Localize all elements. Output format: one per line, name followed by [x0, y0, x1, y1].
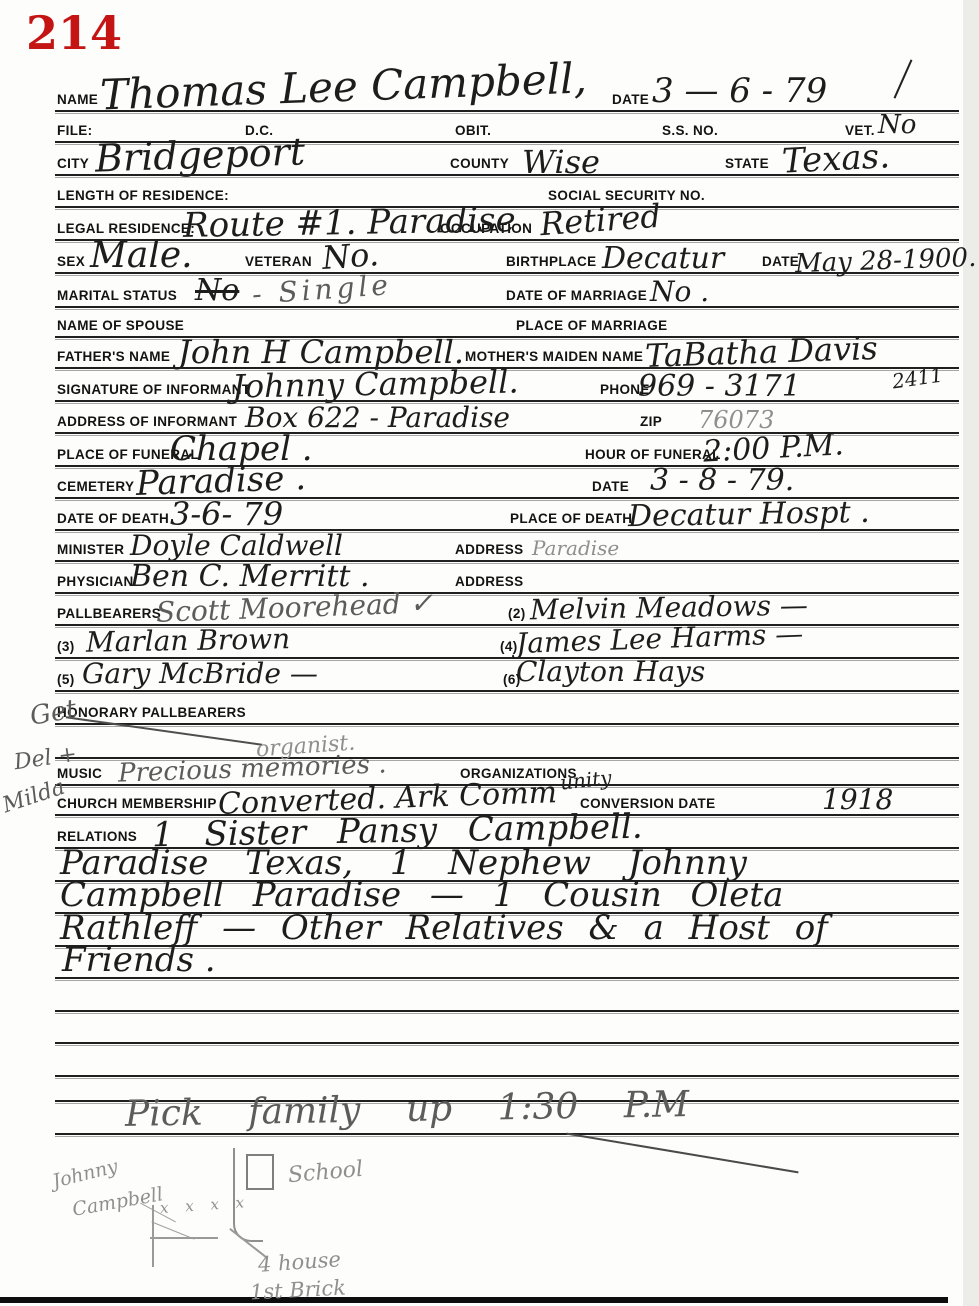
signature-of-informant-label: SIGNATURE OF INFORMANT	[57, 382, 250, 397]
marital-status-label: MARITAL STATUS	[57, 288, 177, 303]
physician-address-label: ADDRESS	[455, 574, 523, 589]
obit-label: OBIT.	[455, 123, 491, 138]
pallbearers-label: PALLBEARERS	[57, 606, 161, 621]
address-of-informant-label: ADDRESS OF INFORMANT	[57, 414, 237, 429]
sketch-horizontal-line	[150, 1237, 218, 1239]
pallbearer-4-number: (4)	[500, 639, 518, 654]
pallbearer-3-value: Marlan Brown	[86, 625, 291, 657]
church-membership-superscript: unity	[559, 767, 612, 792]
church-membership-label: CHURCH MEMBERSHIP	[57, 796, 217, 811]
minister-value: Doyle Caldwell	[130, 532, 343, 560]
row-blank-1	[55, 978, 959, 1012]
occupation-value: Retired	[539, 200, 662, 240]
pallbearer-5-number: (5)	[57, 672, 75, 687]
minister-label: MINISTER	[57, 542, 124, 557]
phone-value: 969 - 3171	[638, 372, 801, 402]
date-of-death-label: DATE OF DEATH	[57, 511, 169, 526]
hour-of-funeral-label: HOUR OF FUNERAL	[585, 447, 721, 462]
physician-value: Ben C. Merritt .	[130, 562, 370, 592]
minister-address-label: ADDRESS	[455, 542, 523, 557]
conversion-date-value: 1918	[822, 786, 893, 814]
pallbearer-5-value: Gary McBride —	[82, 660, 318, 688]
spouse-label: NAME OF SPOUSE	[57, 318, 184, 333]
sketch-school-text: School	[287, 1159, 364, 1187]
city-value: Bridgeport	[94, 132, 305, 177]
date-of-marriage-label: DATE OF MARRIAGE	[506, 288, 647, 303]
length-of-residence-label: LENGTH OF RESIDENCE:	[57, 188, 229, 203]
birthdate-value: May 28-1900.	[795, 245, 977, 277]
relations-line-5: Friends .	[62, 943, 216, 977]
pallbearer-6-value: Clayton Hays	[516, 658, 705, 686]
sex-label: SEX	[57, 254, 85, 269]
father-name-label: FATHER'S NAME	[57, 349, 170, 364]
legal-residence-label: LEGAL RESIDENCE:	[57, 221, 195, 236]
sketch-name-line-1: Johnny	[51, 1157, 120, 1192]
informant-address-value: Box 622 - Paradise	[245, 404, 510, 432]
scan-edge	[963, 0, 979, 1306]
birthdate-label: DATE	[762, 254, 799, 269]
sketch-vertical-line	[152, 1205, 154, 1267]
place-of-death-label: PLACE OF DEATH	[510, 511, 632, 526]
mother-maiden-name-value: TaBatha Davis	[645, 332, 879, 372]
birthplace-value: Decatur	[602, 244, 724, 274]
cemetery-date-value: 3 - 8 - 79.	[650, 466, 794, 496]
cemetery-label: CEMETERY	[57, 479, 134, 494]
vet-label: VET.	[845, 123, 875, 138]
date-label: DATE	[612, 92, 649, 107]
county-value: Wise	[522, 146, 600, 178]
place-of-marriage-label: PLACE OF MARRIAGE	[516, 318, 667, 333]
sketch-name-line-2: Campbell	[71, 1185, 165, 1220]
margin-note-get: Get	[28, 696, 78, 730]
state-value: Texas.	[781, 139, 891, 179]
page-number: 214	[26, 6, 122, 60]
marital-status-struck-value: No	[195, 276, 239, 306]
sketch-school-flag	[246, 1154, 274, 1190]
sketch-house-text: 4 house	[257, 1249, 341, 1276]
city-label: CITY	[57, 156, 89, 171]
zip-value: 76073	[698, 408, 774, 432]
pallbearer-3-number: (3)	[57, 639, 75, 654]
mother-maiden-name-label: MOTHER'S MAIDEN NAME	[465, 349, 643, 364]
minister-address-value: Paradise	[532, 538, 619, 558]
pencil-diagonal-line	[566, 1133, 798, 1174]
honorary-pallbearers-label: HONORARY PALLBEARERS	[57, 705, 246, 720]
state-label: STATE	[725, 156, 769, 171]
date-of-marriage-value: No .	[650, 278, 709, 306]
cemetery-date-label: DATE	[592, 479, 629, 494]
file-label: FILE:	[57, 123, 93, 138]
county-label: COUNTY	[450, 156, 509, 171]
ssno-label: S.S. NO.	[662, 123, 718, 138]
name-label: NAME	[57, 92, 98, 107]
informant-signature-value: Johnny Campbell.	[232, 366, 519, 403]
sex-value: Male.	[90, 238, 193, 274]
scan-bottom-edge	[0, 1297, 948, 1303]
sketch-brick-text: 1st Brick	[250, 1278, 347, 1304]
pallbearer-2-number: (2)	[508, 606, 526, 621]
relations-label: RELATIONS	[57, 829, 137, 844]
pickup-note: Pick family up 1:30 P.M	[125, 1087, 690, 1133]
row-marital-status: MARITAL STATUS DATE OF MARRIAGE	[55, 274, 959, 308]
physician-label: PHYSICIAN	[57, 574, 134, 589]
relations-line-3: Campbell Paradise — 1 Cousin Oleta	[60, 878, 783, 912]
row-honorary-pallbearers: HONORARY PALLBEARERS	[55, 691, 959, 725]
date-of-death-value: 3-6- 79	[170, 498, 283, 530]
place-of-death-value: Decatur Hospt .	[628, 498, 870, 532]
row-blank-2	[55, 1010, 959, 1044]
date-value: 3 — 6 - 79	[652, 74, 827, 108]
veteran-label: VETERAN	[245, 254, 312, 269]
zip-label: ZIP	[640, 414, 662, 429]
scanned-funeral-record-page: 214 NAME DATE FILE: D.C. OBIT. S.S. NO. …	[0, 0, 979, 1306]
phone-note-value: 2411	[891, 365, 944, 392]
vet-value: No	[878, 112, 916, 138]
birthplace-label: BIRTHPLACE	[506, 254, 597, 269]
